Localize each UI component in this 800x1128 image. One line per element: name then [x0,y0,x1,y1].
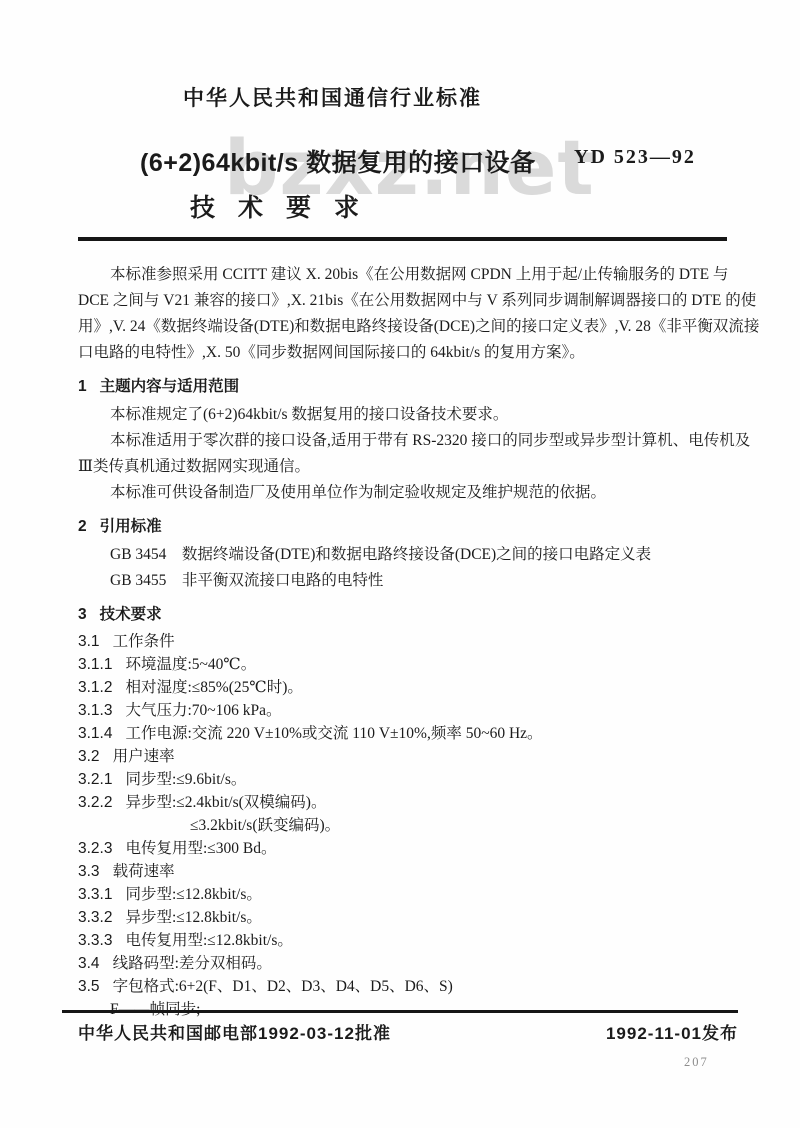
clause-text: 工作条件 [113,633,175,650]
clause-line: 3.2.1同步型:≤9.6bit/s。 [78,768,768,791]
text-line: GB 3455 非平衡双流接口电路的电特性 [78,568,768,594]
standard-body-header: 中华人民共和国通信行业标准 [183,82,482,112]
clause-list: 3.1工作条件3.1.1环境温度:5~40℃。3.1.2相对湿度:≤85%(25… [78,630,768,1021]
clause-line: 3.1.1环境温度:5~40℃。 [78,653,768,676]
clause-number: 3.5 [78,978,100,995]
clause-line: 3.5字包格式:6+2(F、D1、D2、D3、D4、D5、D6、S) [78,975,768,998]
clause-text: 用户速率 [113,748,175,765]
clause-text: 同步型:≤9.6bit/s。 [125,771,246,788]
footer-rule [62,1010,738,1013]
clause-text: 环境温度:5~40℃。 [125,656,256,673]
text-line: 口电路的电特性》,X. 50《同步数据网间国际接口的 64kbit/s 的复用方… [78,340,768,366]
clause-text: 大气压力:70~106 kPa。 [125,702,281,719]
foreword-paragraph: 本标准参照采用 CCITT 建议 X. 20bis《在公用数据网 CPDN 上用… [78,262,768,366]
clause-number: 3.3.2 [78,909,112,926]
clause-line: 3.1.2相对湿度:≤85%(25℃时)。 [78,676,768,699]
clause-line: 3.2用户速率 [78,745,768,768]
clause-number: 3.3.1 [78,886,112,903]
clause-number: 3.1.2 [78,679,112,696]
clause-number: 3.2.3 [78,840,112,857]
section-number: 3 [78,606,87,623]
section-body: GB 3454 数据终端设备(DTE)和数据电路终接设备(DCE)之间的接口电路… [78,542,768,594]
page-number: 207 [684,1055,709,1070]
clause-line: 3.1.4工作电源:交流 220 V±10%或交流 110 V±10%,频率 5… [78,722,768,745]
clause-line: 3.4线路码型:差分双相码。 [78,952,768,975]
clause-number: 3.1.1 [78,656,112,673]
text-line: Ⅲ类传真机通过数据网实现通信。 [78,454,768,480]
section-number: 2 [78,518,87,535]
issue-date: 1992-11-01发布 [606,1019,738,1044]
clause-line: 3.3.1同步型:≤12.8kbit/s。 [78,883,768,906]
text-line: 本标准适用于零次群的接口设备,适用于带有 RS-2320 接口的同步型或异步型计… [78,428,768,454]
section-technical-requirements: 3技术要求 3.1工作条件3.1.1环境温度:5~40℃。3.1.2相对湿度:≤… [78,602,768,1021]
header-rule [78,237,727,241]
section-scope: 1主题内容与适用范围 本标准规定了(6+2)64kbit/s 数据复用的接口设备… [78,374,768,506]
clause-line: 3.2.3电传复用型:≤300 Bd。 [78,837,768,860]
text-line: GB 3454 数据终端设备(DTE)和数据电路终接设备(DCE)之间的接口电路… [78,542,768,568]
clause-text: 载荷速率 [113,863,175,880]
section-references: 2引用标准 GB 3454 数据终端设备(DTE)和数据电路终接设备(DCE)之… [78,514,768,594]
clause-text: 异步型:≤12.8kbit/s。 [125,909,261,926]
clause-text: 相对湿度:≤85%(25℃时)。 [125,679,302,696]
clause-number: 3.3.3 [78,932,112,949]
clause-line: 3.3载荷速率 [78,860,768,883]
document-title-line1: (6+2)64kbit/s 数据复用的接口设备 [140,143,536,179]
clause-line: 3.1.3大气压力:70~106 kPa。 [78,699,768,722]
section-heading: 2引用标准 [78,514,768,540]
text-line: 本标准参照采用 CCITT 建议 X. 20bis《在公用数据网 CPDN 上用… [78,262,768,288]
clause-text: ≤3.2kbit/s(跃变编码)。 [190,817,340,834]
section-body: 本标准规定了(6+2)64kbit/s 数据复用的接口设备技术要求。本标准适用于… [78,402,768,506]
clause-line: 3.1工作条件 [78,630,768,653]
clause-line: ≤3.2kbit/s(跃变编码)。 [78,814,768,837]
clause-text: 字包格式:6+2(F、D1、D2、D3、D4、D5、D6、S) [113,978,453,995]
clause-line: 3.3.2异步型:≤12.8kbit/s。 [78,906,768,929]
clause-number: 3.2.1 [78,771,112,788]
text-line: 用》,V. 24《数据终端设备(DTE)和数据电路终接设备(DCE)之间的接口定… [78,314,768,340]
clause-number: 3.1 [78,633,100,650]
clause-number: 3.1.4 [78,725,112,742]
clause-line: 3.2.2异步型:≤2.4kbit/s(双模编码)。 [78,791,768,814]
clause-text: 同步型:≤12.8kbit/s。 [125,886,261,903]
section-title: 技术要求 [100,606,162,623]
clause-line: 3.3.3电传复用型:≤12.8kbit/s。 [78,929,768,952]
standard-number: YD 523—92 [574,146,696,169]
approval-statement: 中华人民共和国邮电部1992-03-12批准 [78,1019,391,1044]
section-title: 主题内容与适用范围 [100,378,240,395]
clause-text: 电传复用型:≤12.8kbit/s。 [125,932,292,949]
clause-text: 电传复用型:≤300 Bd。 [125,840,276,857]
section-heading: 1主题内容与适用范围 [78,374,768,400]
document-title-line2: 技术要求 [190,188,382,224]
text-line: 本标准规定了(6+2)64kbit/s 数据复用的接口设备技术要求。 [78,402,768,428]
clause-text: 异步型:≤2.4kbit/s(双模编码)。 [125,794,326,811]
section-heading: 3技术要求 [78,602,768,628]
clause-number: 3.3 [78,863,100,880]
document-page: bzxz.net 中华人民共和国通信行业标准 (6+2)64kbit/s 数据复… [0,0,800,1128]
clause-number: 3.1.3 [78,702,112,719]
text-line: DCE 之间与 V21 兼容的接口》,X. 21bis《在公用数据网中与 V 系… [78,288,768,314]
section-title: 引用标准 [100,518,162,535]
clause-number: 3.4 [78,955,100,972]
clause-number: 3.2.2 [78,794,112,811]
section-number: 1 [78,378,87,395]
clause-number: 3.2 [78,748,100,765]
clause-text: 线路码型:差分双相码。 [113,955,272,972]
document-body: 本标准参照采用 CCITT 建议 X. 20bis《在公用数据网 CPDN 上用… [78,262,768,1021]
clause-text: 工作电源:交流 220 V±10%或交流 110 V±10%,频率 50~60 … [125,725,542,742]
text-line: 本标准可供设备制造厂及使用单位作为制定验收规定及维护规范的依据。 [78,480,768,506]
